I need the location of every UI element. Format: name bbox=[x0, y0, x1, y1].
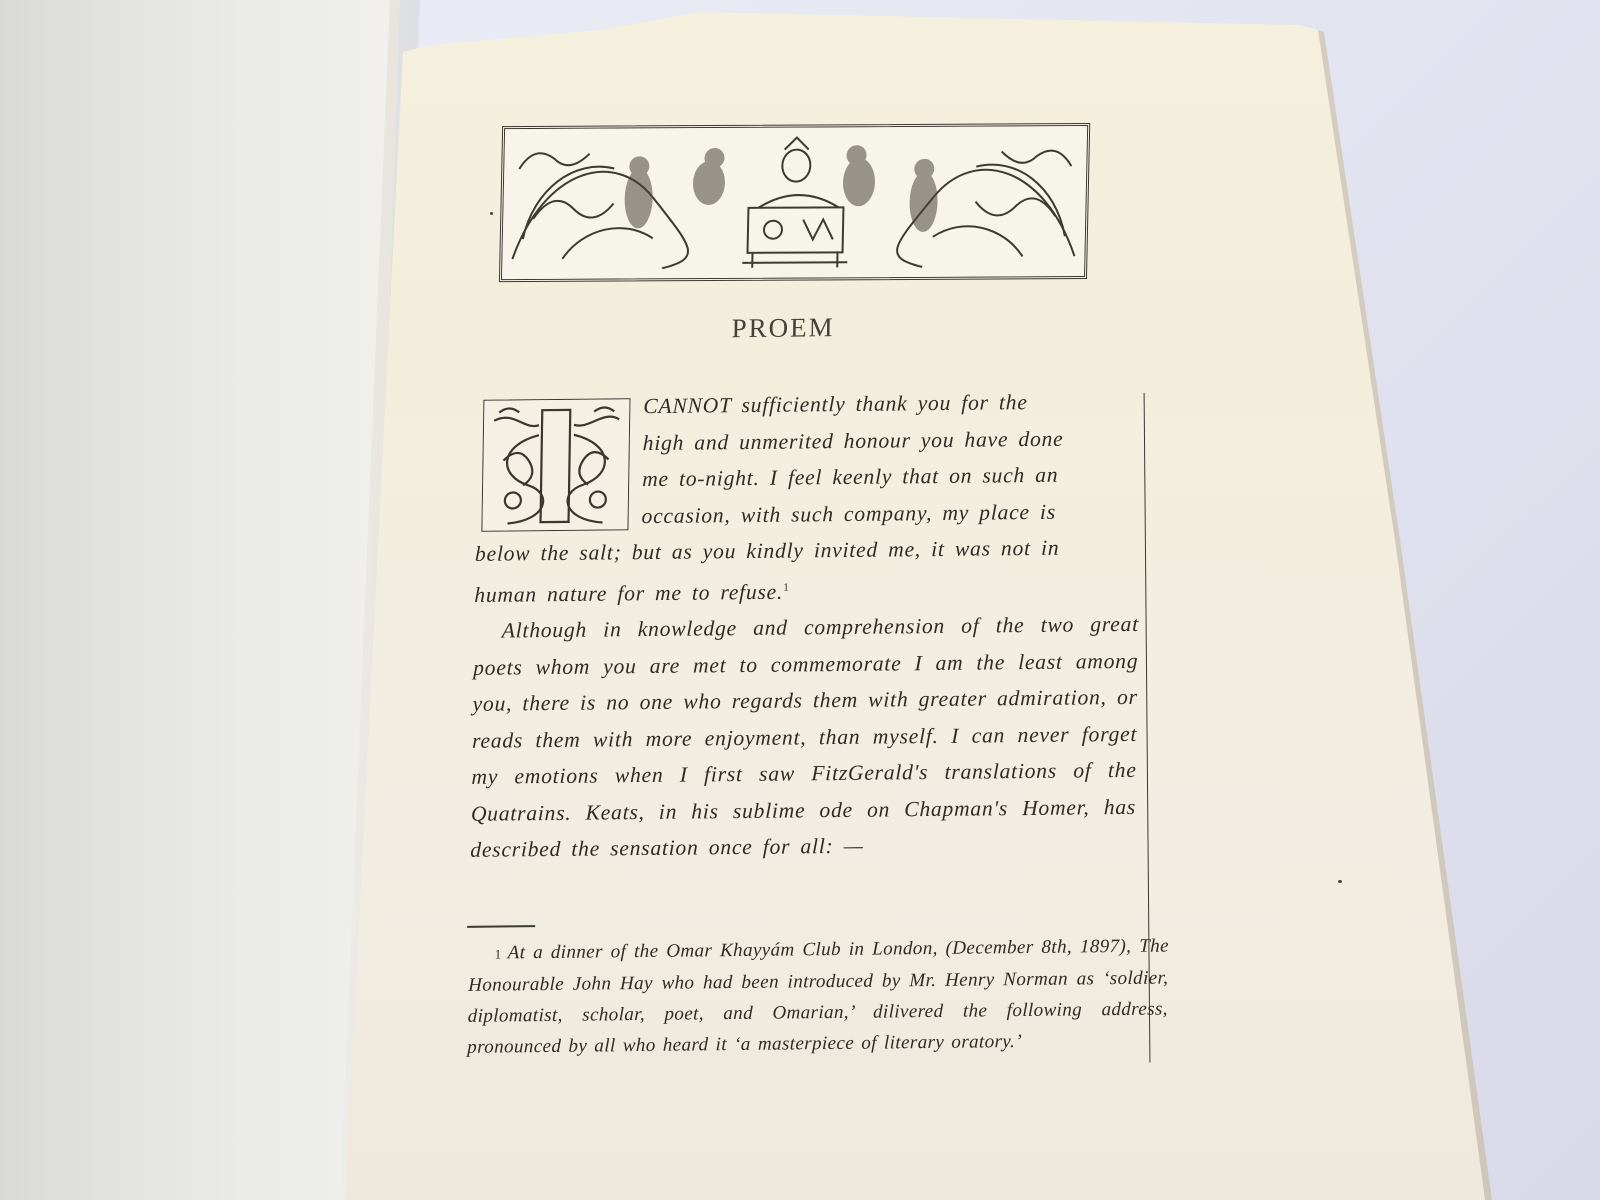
text-line: human nature for me to refuse.1 bbox=[474, 565, 1140, 613]
paper-speck bbox=[490, 212, 493, 215]
headpiece-ornament bbox=[499, 123, 1090, 282]
text-line: me to-night. I feel keenly that on such … bbox=[642, 456, 1142, 498]
text-line: high and unmerited honour you have done bbox=[642, 419, 1142, 461]
left-page bbox=[0, 0, 400, 1200]
ornament-engraving-icon bbox=[502, 126, 1087, 279]
body-text: CANNOT sufficiently thank you for the hi… bbox=[470, 383, 1143, 869]
text-line-content: human nature for me to refuse. bbox=[474, 579, 783, 606]
text-line: occasion, with such company, my place is bbox=[641, 492, 1141, 534]
page-title: PROEM bbox=[731, 312, 835, 344]
text-beside-drop-cap: CANNOT sufficiently thank you for the hi… bbox=[475, 383, 1142, 536]
footnote-text: At a dinner of the Omar Khayyám Club in … bbox=[467, 935, 1169, 1057]
footnote: 1At a dinner of the Omar Khayyám Club in… bbox=[467, 930, 1169, 1062]
text-line: below the salt; but as you kindly invite… bbox=[475, 529, 1141, 572]
text-line: CANNOT sufficiently thank you for the bbox=[643, 383, 1143, 425]
paper-speck bbox=[1338, 880, 1342, 883]
footnote-reference[interactable]: 1 bbox=[783, 581, 790, 593]
footnote-marker: 1 bbox=[495, 946, 502, 961]
paragraph-2: Although in knowledge and comprehension … bbox=[470, 606, 1139, 868]
